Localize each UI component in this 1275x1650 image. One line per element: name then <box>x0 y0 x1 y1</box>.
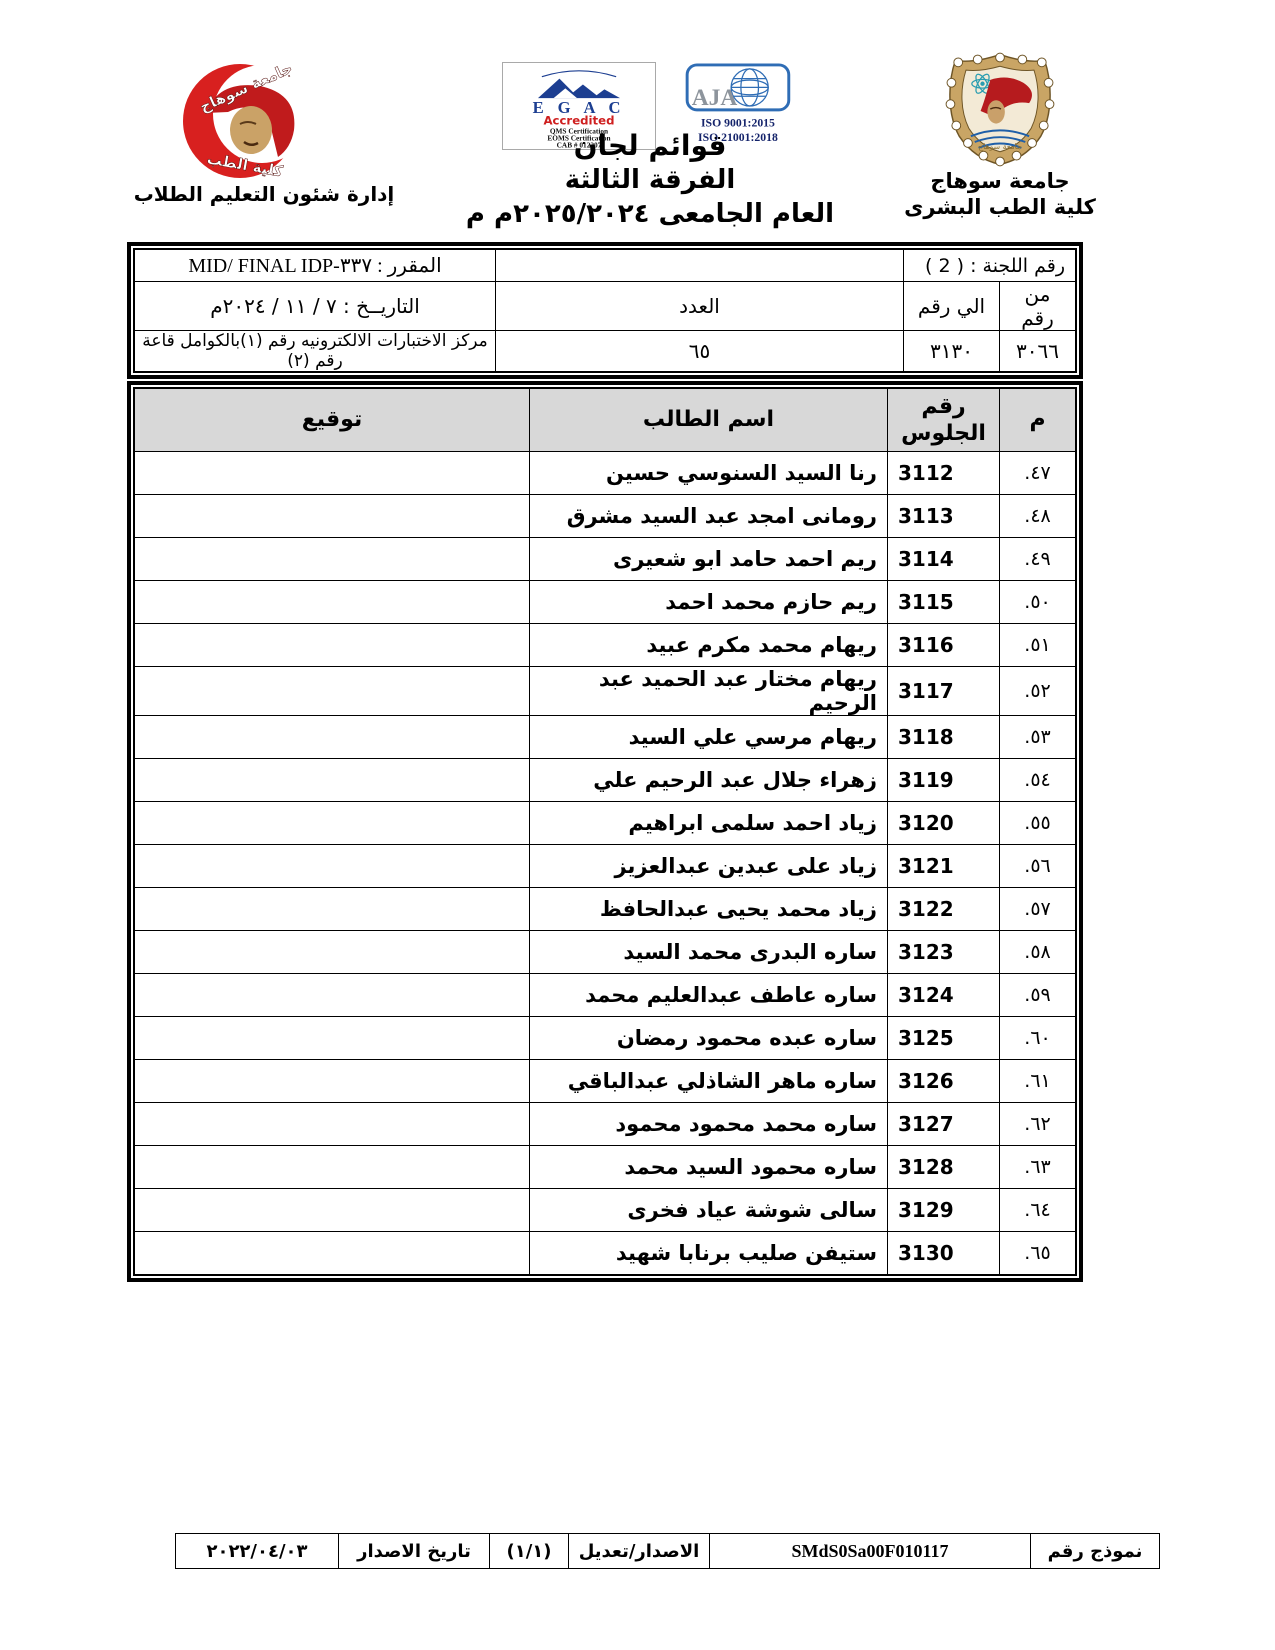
student-name-cell: رنا السيد السنوسي حسين <box>530 452 888 495</box>
signature-cell <box>135 538 530 581</box>
committee-info-frame: رقم اللجنة : ( 2 ) المقرر : ‪MID/ FINAL … <box>127 242 1083 379</box>
row-number-cell: ٥٥. <box>1000 802 1076 845</box>
signature-cell <box>135 1060 530 1103</box>
to-number-value: ٣١٣٠ <box>904 331 1000 372</box>
committee-info-table: رقم اللجنة : ( 2 ) المقرر : ‪MID/ FINAL … <box>134 249 1076 372</box>
seat-number-cell: 3130 <box>888 1232 1000 1275</box>
row-number-cell: ٥٩. <box>1000 974 1076 1017</box>
student-name-cell: ستيفن صليب برنابا شهيد <box>530 1232 888 1275</box>
row-number-cell: ٥١. <box>1000 624 1076 667</box>
student-name-cell: ساره ماهر الشاذلي عبدالباقي <box>530 1060 888 1103</box>
student-row: ٥١. 3116 ريهام محمد مكرم عبيد <box>135 624 1076 667</box>
signature-cell <box>135 931 530 974</box>
student-name-cell: ريهام مختار عبد الحميد عبد الرحيم <box>530 667 888 716</box>
row-number-cell: ٥٤. <box>1000 759 1076 802</box>
issue-revision-value: (١/١) <box>490 1534 569 1569</box>
seat-number-cell: 3120 <box>888 802 1000 845</box>
row-number-cell: ٦٤. <box>1000 1189 1076 1232</box>
student-name-cell: زياد على عبدين عبدالعزيز <box>530 845 888 888</box>
signature-cell <box>135 1232 530 1275</box>
row-number-cell: ٦٠. <box>1000 1017 1076 1060</box>
to-number-header: الي رقم <box>904 282 1000 331</box>
signature-cell <box>135 581 530 624</box>
column-header-signature: توقيع <box>135 389 530 452</box>
issue-revision-label: الاصدار/تعديل <box>569 1534 710 1569</box>
student-name-cell: زهراء جلال عبد الرحيم علي <box>530 759 888 802</box>
student-name-cell: ساره عاطف عبدالعليم محمد <box>530 974 888 1017</box>
student-row: ٦٤. 3129 سالى شوشة عياد فخرى <box>135 1189 1076 1232</box>
row-number-cell: ٥٨. <box>1000 931 1076 974</box>
student-name-cell: رومانى امجد عبد السيد مشرق <box>530 495 888 538</box>
signature-cell <box>135 1189 530 1232</box>
page-title: قوائم لجان <box>420 128 880 163</box>
student-row: ٤٩. 3114 ريم احمد حامد ابو شعيرى <box>135 538 1076 581</box>
seat-number-cell: 3114 <box>888 538 1000 581</box>
university-name: جامعة سوهاج <box>898 168 1102 194</box>
row-number-cell: ٥٢. <box>1000 667 1076 716</box>
signature-cell <box>135 452 530 495</box>
count-value: ٦٥ <box>496 331 904 372</box>
row-number-cell: ٦٢. <box>1000 1103 1076 1146</box>
seat-number-cell: 3123 <box>888 931 1000 974</box>
empty-cell <box>496 250 904 282</box>
faculty-name: كلية الطب البشرى <box>898 194 1102 220</box>
student-name-cell: ساره البدرى محمد السيد <box>530 931 888 974</box>
signature-cell <box>135 845 530 888</box>
seat-number-cell: 3124 <box>888 974 1000 1017</box>
row-number-cell: ٤٩. <box>1000 538 1076 581</box>
row-number-cell: ٤٧. <box>1000 452 1076 495</box>
row-number-cell: ٥٧. <box>1000 888 1076 931</box>
column-header-name: اسم الطالب <box>530 389 888 452</box>
aja-acronym: AJA <box>692 85 738 111</box>
form-number-label: نموذج رقم <box>1031 1534 1160 1569</box>
student-roster-table: م رقم الجلوس اسم الطالب توقيع ٤٧. 3112 ر… <box>134 388 1076 1275</box>
exam-center-cell: مركز الاختبارات الالكترونيه رقم (١)بالكو… <box>135 331 496 372</box>
signature-cell <box>135 759 530 802</box>
signature-cell <box>135 667 530 716</box>
form-footer-table: نموذج رقم SMdS0Sa00F010117 الاصدار/تعديل… <box>175 1533 1160 1569</box>
signature-cell <box>135 802 530 845</box>
issue-date-label: تاريخ الاصدار <box>339 1534 490 1569</box>
student-name-cell: ساره محمد محمود محمود <box>530 1103 888 1146</box>
student-row: ٥٥. 3120 زياد احمد سلمى ابراهيم <box>135 802 1076 845</box>
student-row: ٥٨. 3123 ساره البدرى محمد السيد <box>135 931 1076 974</box>
student-name-cell: ريهام محمد مكرم عبيد <box>530 624 888 667</box>
count-header: العدد <box>496 282 904 331</box>
student-row: ٦٠. 3125 ساره عبده محمود رمضان <box>135 1017 1076 1060</box>
signature-cell <box>135 1103 530 1146</box>
seat-number-cell: 3112 <box>888 452 1000 495</box>
seat-number-cell: 3116 <box>888 624 1000 667</box>
column-header-number: م <box>1000 389 1076 452</box>
student-name-cell: ساره عبده محمود رمضان <box>530 1017 888 1060</box>
seat-number-cell: 3126 <box>888 1060 1000 1103</box>
student-row: ٦١. 3126 ساره ماهر الشاذلي عبدالباقي <box>135 1060 1076 1103</box>
student-row: ٥٤. 3119 زهراء جلال عبد الرحيم علي <box>135 759 1076 802</box>
seat-number-cell: 3121 <box>888 845 1000 888</box>
student-name-cell: ريهام مرسي علي السيد <box>530 716 888 759</box>
from-number-header: من رقم <box>1000 282 1076 331</box>
seat-number-cell: 3128 <box>888 1146 1000 1189</box>
student-row: ٤٧. 3112 رنا السيد السنوسي حسين <box>135 452 1076 495</box>
student-roster-frame: م رقم الجلوس اسم الطالب توقيع ٤٧. 3112 ر… <box>127 381 1083 1282</box>
student-row: ٥٦. 3121 زياد على عبدين عبدالعزيز <box>135 845 1076 888</box>
signature-cell <box>135 716 530 759</box>
student-row: ٤٨. 3113 رومانى امجد عبد السيد مشرق <box>135 495 1076 538</box>
student-education-affairs-caption: إدارة شئون التعليم الطلاب <box>128 182 400 206</box>
row-number-cell: ٥٠. <box>1000 581 1076 624</box>
roster-header-row: م رقم الجلوس اسم الطالب توقيع <box>135 389 1076 452</box>
row-number-cell: ٦١. <box>1000 1060 1076 1103</box>
seat-number-cell: 3118 <box>888 716 1000 759</box>
academic-year-title: العام الجامعى ٢٠٢٥/٢٠٢٤م م <box>420 197 880 231</box>
tables-area: رقم اللجنة : ( 2 ) المقرر : ‪MID/ FINAL … <box>127 242 1083 1282</box>
grade-title: الفرقة الثالثة <box>420 163 880 197</box>
column-header-seat: رقم الجلوس <box>888 389 1000 452</box>
exam-committee-list-document: جامعة سوهاج كلية الطب إدارة شئون التعليم… <box>0 0 1275 1650</box>
committee-number-cell: رقم اللجنة : ( 2 ) <box>904 250 1076 282</box>
seat-number-cell: 3113 <box>888 495 1000 538</box>
issue-date-value: ٢٠٢٢/٠٤/٠٣ <box>176 1534 339 1569</box>
exam-date-cell: التاريــخ : ٧ / ١١ / ٢٠٢٤م <box>135 282 496 331</box>
signature-cell <box>135 624 530 667</box>
signature-cell <box>135 888 530 931</box>
seat-number-cell: 3125 <box>888 1017 1000 1060</box>
student-row: ٥٢. 3117 ريهام مختار عبد الحميد عبد الرح… <box>135 667 1076 716</box>
signature-cell <box>135 495 530 538</box>
student-name-cell: سالى شوشة عياد فخرى <box>530 1189 888 1232</box>
student-row: ٥٩. 3124 ساره عاطف عبدالعليم محمد <box>135 974 1076 1017</box>
student-name-cell: ساره محمود السيد محمد <box>530 1146 888 1189</box>
row-number-cell: ٥٦. <box>1000 845 1076 888</box>
student-name-cell: ريم حازم محمد احمد <box>530 581 888 624</box>
form-code: SMdS0Sa00F010117 <box>710 1534 1031 1569</box>
student-row: ٦٢. 3127 ساره محمد محمود محمود <box>135 1103 1076 1146</box>
student-row: ٥٧. 3122 زياد محمد يحيى عبدالحافظ <box>135 888 1076 931</box>
signature-cell <box>135 1017 530 1060</box>
course-cell: المقرر : ‪MID/ FINAL IDP-٣٣٧‬ <box>135 250 496 282</box>
row-number-cell: ٤٨. <box>1000 495 1076 538</box>
student-name-cell: ريم احمد حامد ابو شعيرى <box>530 538 888 581</box>
signature-cell <box>135 974 530 1017</box>
sohag-university-shield-logo: جامعة سوهاج <box>932 50 1068 168</box>
shield-arc-text: جامعة سوهاج <box>978 142 1022 151</box>
roster-body: ٤٧. 3112 رنا السيد السنوسي حسين ٤٨. 3113… <box>135 452 1076 1275</box>
from-number-value: ٣٠٦٦ <box>1000 331 1076 372</box>
signature-cell <box>135 1146 530 1189</box>
faculty-of-medicine-crescent-logo: جامعة سوهاج كلية الطب <box>148 58 348 184</box>
seat-number-cell: 3127 <box>888 1103 1000 1146</box>
form-footer: نموذج رقم SMdS0Sa00F010117 الاصدار/تعديل… <box>175 1533 1085 1569</box>
student-name-cell: زياد محمد يحيى عبدالحافظ <box>530 888 888 931</box>
student-row: ٦٥. 3130 ستيفن صليب برنابا شهيد <box>135 1232 1076 1275</box>
row-number-cell: ٦٣. <box>1000 1146 1076 1189</box>
seat-number-cell: 3129 <box>888 1189 1000 1232</box>
student-row: ٥٣. 3118 ريهام مرسي علي السيد <box>135 716 1076 759</box>
seat-number-cell: 3122 <box>888 888 1000 931</box>
row-number-cell: ٥٣. <box>1000 716 1076 759</box>
row-number-cell: ٦٥. <box>1000 1232 1076 1275</box>
seat-number-cell: 3115 <box>888 581 1000 624</box>
student-row: ٦٣. 3128 ساره محمود السيد محمد <box>135 1146 1076 1189</box>
seat-number-cell: 3119 <box>888 759 1000 802</box>
document-title-block: قوائم لجان الفرقة الثالثة العام الجامعى … <box>420 128 880 231</box>
student-name-cell: زياد احمد سلمى ابراهيم <box>530 802 888 845</box>
seat-number-cell: 3117 <box>888 667 1000 716</box>
student-row: ٥٠. 3115 ريم حازم محمد احمد <box>135 581 1076 624</box>
university-identity-block: جامعة سوهاج جامعة سوهاج كلية الطب البشرى <box>898 50 1102 220</box>
